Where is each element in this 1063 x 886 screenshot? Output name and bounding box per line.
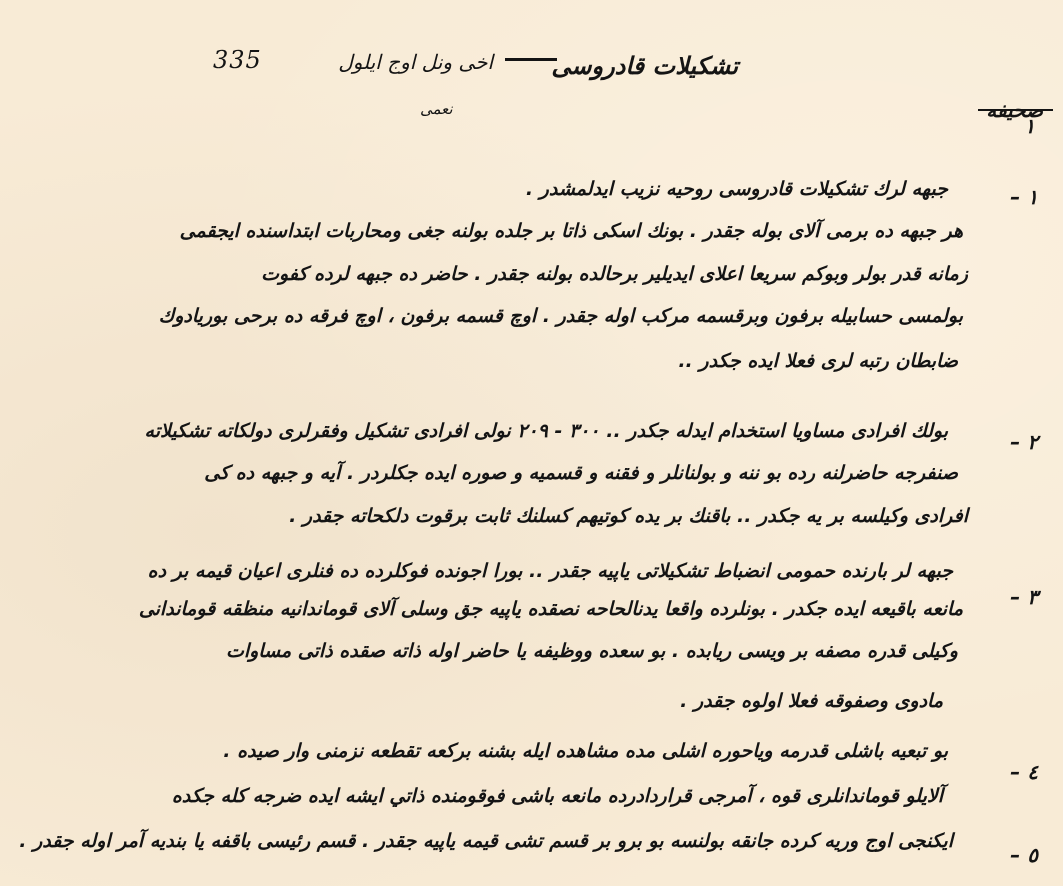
item-1-line-3: زمانه قدر بولر وبوكم سريعا اعلاى ايديلير… bbox=[261, 263, 968, 285]
item-number: ٣ – bbox=[1010, 585, 1038, 609]
item-2-line-1: بولك افرادى مساويا استخدام ايدله جكدر ..… bbox=[145, 420, 948, 442]
item-4-line-1: بو تبعيه باشلى قدرمه وياحوره اشلى مده مش… bbox=[223, 740, 948, 762]
item-1-line-5: ضابطان رتبه لرى فعلا ايده جكدر .. bbox=[678, 350, 958, 372]
item-number: ٤ – bbox=[1010, 760, 1038, 784]
date-sub-note: نعمى bbox=[420, 100, 453, 118]
item-2-line-2: صنفرجه حاضرلنه رده بو ننه و بولنانلر و ف… bbox=[204, 462, 958, 484]
item-5-line-1: ايكنجى اوج وريه كرده جانقه بولنسه بو برو… bbox=[19, 830, 953, 852]
item-4-line-2: آلايلو قوماندانلرى قوه ، آمرجى قراردادرد… bbox=[172, 785, 943, 807]
date-note-words: اخى ونل اوج ايلول bbox=[338, 50, 493, 74]
item-1-line-1: جبهه لرك تشكيلات قادروسى روحيه نزيب ايدل… bbox=[526, 178, 948, 200]
item-number: ٥ – bbox=[1010, 843, 1038, 867]
page-number: ١ bbox=[1024, 114, 1035, 138]
item-3-line-3: وكيلى قدره مصفه بر ويسى ريابده . بو سعده… bbox=[226, 640, 958, 662]
item-3-line-2: مانعه باقيعه ايده جكدر . بونلرده واقعا ي… bbox=[139, 598, 963, 620]
date-year-number: 335 bbox=[213, 46, 262, 74]
item-3-line-1: جبهه لر بارنده حمومى انضباط تشكيلاتى ياپ… bbox=[148, 560, 953, 582]
item-2-line-3: افرادى وكيلسه بر يه جكدر .. باقنك بر يده… bbox=[289, 505, 968, 527]
document-title: تشكيلات قادروسى bbox=[551, 52, 738, 80]
item-number: ١ – bbox=[1010, 185, 1038, 209]
title-dash bbox=[505, 58, 557, 61]
page-label-underline bbox=[978, 109, 1053, 111]
item-1-line-4: بولمسى حسابيله برفون وبرقسمه مركب اوله ج… bbox=[159, 305, 963, 327]
item-number: ٢ – bbox=[1010, 430, 1038, 454]
item-3-line-4: مادوى وصفوقه فعلا اولوه جقدر . bbox=[680, 690, 943, 712]
item-1-line-2: هر جبهه ده برمى آلاى بوله جقدر . بونك اس… bbox=[180, 220, 963, 242]
